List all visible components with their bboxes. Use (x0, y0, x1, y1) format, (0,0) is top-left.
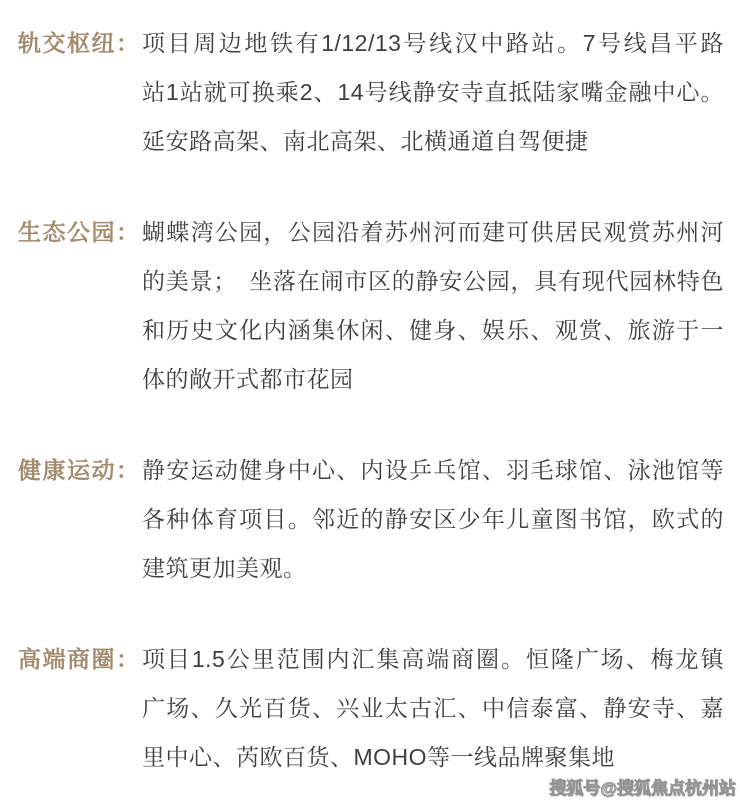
text-line: 项目周边地铁有1/12/13号线汉中路站。7号线昌平路 (142, 19, 724, 68)
section-rail-transit: 轨交枢纽： 项目周边地铁有1/12/13号线汉中路站。7号线昌平路站1站就可换乘… (18, 19, 724, 166)
amenities-list: 轨交枢纽： 项目周边地铁有1/12/13号线汉中路站。7号线昌平路站1站就可换乘… (0, 0, 740, 803)
section-health-sports: 健康运动： 静安运动健身中心、内设乒乓馆、羽毛球馆、泳池馆等各种体育项目。邻近的… (18, 446, 724, 593)
sohu-watermark: 搜狐号@搜狐焦点杭州站 (549, 774, 736, 799)
text-line: 站1站就可换乘2、14号线静安寺直抵陆家嘴金融中心。 (142, 68, 724, 117)
text-line: 的美景； 坐落在闹市区的静安公园，具有现代园林特色 (142, 257, 724, 306)
section-label-rail-transit: 轨交枢纽： (18, 19, 142, 68)
text-line: 和历史文化内涵集休闲、健身、娱乐、观赏、旅游于一 (142, 306, 724, 355)
text-line: 广场、久光百货、兴业太古汇、中信泰富、静安寺、嘉 (142, 684, 724, 733)
text-line: 建筑更加美观。 (142, 544, 724, 593)
text-line: 各种体育项目。邻近的静安区少年儿童图书馆，欧式的 (142, 495, 724, 544)
section-text-rail-transit: 项目周边地铁有1/12/13号线汉中路站。7号线昌平路站1站就可换乘2、14号线… (142, 19, 724, 166)
text-line: 静安运动健身中心、内设乒乓馆、羽毛球馆、泳池馆等 (142, 446, 724, 495)
section-label-health-sports: 健康运动： (18, 446, 142, 495)
text-line: 蝴蝶湾公园，公园沿着苏州河而建可供居民观赏苏州河 (142, 208, 724, 257)
text-line: 项目1.5公里范围内汇集高端商圈。恒隆广场、梅龙镇 (142, 635, 724, 684)
text-line: 延安路高架、南北高架、北横通道自驾便捷 (142, 117, 724, 166)
section-text-eco-parks: 蝴蝶湾公园，公园沿着苏州河而建可供居民观赏苏州河的美景； 坐落在闹市区的静安公园… (142, 208, 724, 404)
section-text-health-sports: 静安运动健身中心、内设乒乓馆、羽毛球馆、泳池馆等各种体育项目。邻近的静安区少年儿… (142, 446, 724, 593)
text-line: 体的敞开式都市花园 (142, 355, 724, 404)
section-text-premium-malls: 项目1.5公里范围内汇集高端商圈。恒隆广场、梅龙镇广场、久光百货、兴业太古汇、中… (142, 635, 724, 782)
section-label-eco-parks: 生态公园： (18, 208, 142, 257)
section-eco-parks: 生态公园： 蝴蝶湾公园，公园沿着苏州河而建可供居民观赏苏州河的美景； 坐落在闹市… (18, 208, 724, 404)
section-label-premium-malls: 高端商圈： (18, 635, 142, 684)
section-premium-malls: 高端商圈： 项目1.5公里范围内汇集高端商圈。恒隆广场、梅龙镇广场、久光百货、兴… (18, 635, 724, 782)
